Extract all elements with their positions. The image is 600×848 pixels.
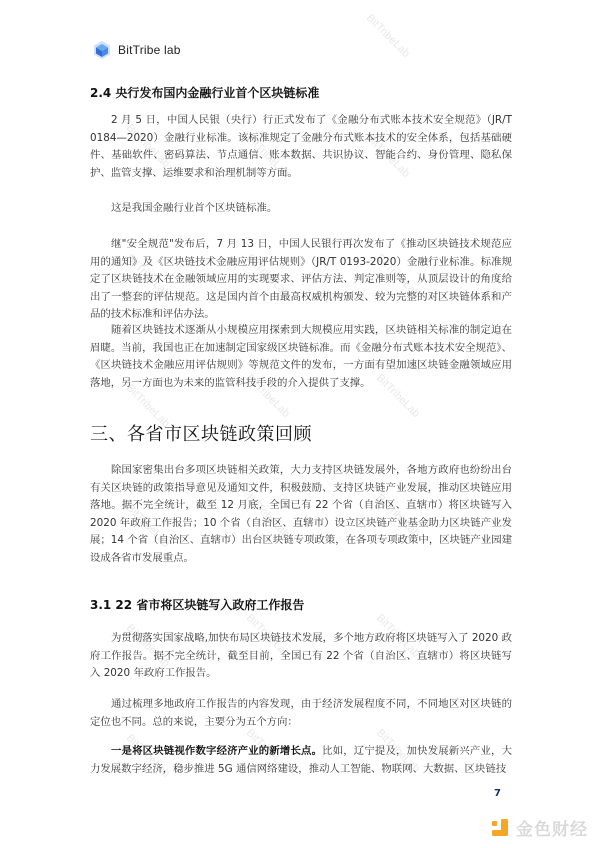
watermark: BitTribeLab [364,12,412,60]
brand-watermark: 金色财经 [490,815,588,840]
section-heading-3-1: 3.1 22 省市将区块链写入政府工作报告 [90,596,304,613]
paragraph: 2 月 5 日，中国人民银（央行）行正式发布了《金融分布式账本技术安全规范》（J… [90,112,512,182]
paragraph: 随着区块链技术逐渐从小规模应用探索到大规模应用实践，区块链相关标准的制定迫在眉睫… [90,322,512,392]
section-heading-2-4: 2.4 央行发布国内金融行业首个区块链标准 [90,84,319,101]
logo-text: BitTribe lab [118,43,181,57]
paragraph: 为贯彻落实国家战略,加快布局区块链技术发展，多个地方政府将区块链写入了 2020… [90,630,512,683]
brand-text: 金色财经 [516,815,588,840]
paragraph: 通过梳理多地政府工作报告的内容发现，由于经济发展程度不同，不同地区对区块链的定位… [90,696,512,731]
chapter-heading-3: 三、各省市区块链政策回顾 [90,420,312,446]
point-one-bold: 一是将区块链视作数字经济产业的新增长点。 [111,745,322,757]
header-logo: BitTribe lab [92,40,181,60]
paragraph: 除国家密集出台多项区块链相关政策，大力支持区块链发展外，各地方政府也纷纷出台有关… [90,462,512,567]
jinse-logo-icon [490,818,510,838]
paragraph-point-one: 一是将区块链视作数字经济产业的新增长点。比如，辽宁提及，加快发展新兴产业，大力发… [90,743,512,778]
page-number: 7 [494,788,501,799]
paragraph: 继"安全规范"发布后，7 月 13 日，中国人民银行再次发布了《推动区块链技术规… [90,236,512,324]
cube-logo-icon [92,40,112,60]
paragraph: 这是我国金融行业首个区块链标准。 [90,200,512,218]
